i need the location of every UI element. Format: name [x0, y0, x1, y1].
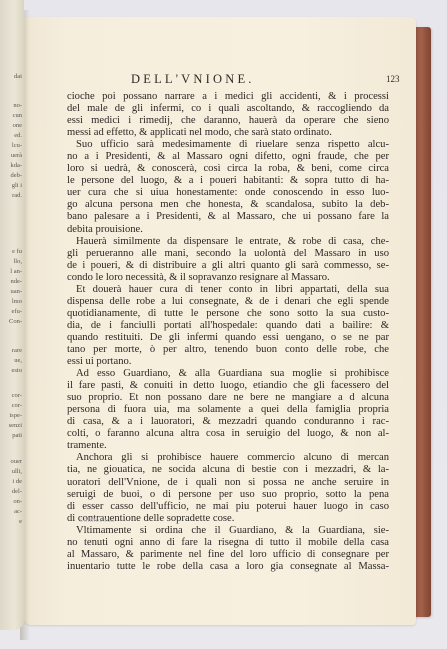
text-line: loro si uedrà, & conoscerà, così circa l…	[67, 163, 389, 175]
page-number: 123	[386, 74, 400, 84]
text-line: no a i Presidenti, & al Massaro ogni dif…	[67, 151, 389, 163]
text-line: persona di fuora uia, ma solamente a que…	[67, 404, 389, 416]
left-page-fragment: cor-	[0, 391, 22, 401]
text-line: colti, o faranno alcuna altra cosa in se…	[67, 428, 389, 440]
text-line: al Massaro, & parimente nel fine del lor…	[67, 549, 389, 561]
text-line: bano palesare a i Presidenti, & al Massa…	[67, 211, 389, 223]
left-page-fragment: ouer	[0, 457, 22, 467]
text-line: Vltimamente si ordina che il Guardiano, …	[67, 525, 389, 537]
text-line: tramente.	[67, 440, 389, 452]
text-line: condo le loro necessità, & il sopravanzo…	[67, 272, 389, 284]
left-page-fragment: esto	[0, 366, 22, 376]
text-line: essi ui portano.	[67, 356, 389, 368]
text-line: Hauerà similmente da dispensare le entra…	[67, 236, 389, 248]
left-page-fragment: lmo	[0, 297, 22, 307]
show-through-text: commenda	[80, 516, 115, 524]
text-line: messi ad effetto, & applicati nel modo, …	[67, 127, 389, 139]
left-page-fragment: deb-	[0, 171, 22, 181]
text-line: Suo ufficio sarà medesimamente di riuela…	[67, 139, 389, 151]
left-page-fragment: pati	[0, 431, 22, 441]
left-page-edge: daino-cunoneed.lcu-ueràkda-deb-gli irad.…	[0, 0, 24, 630]
text-line: dispensa delle robe a lui consegnate, & …	[67, 296, 389, 308]
left-page-fragment: cor-	[0, 401, 22, 411]
text-line: suo proprio. Et non possano dare ne bere…	[67, 392, 389, 404]
left-page-fragment: uerà	[0, 151, 22, 161]
left-page-fragment: dai	[0, 72, 22, 82]
left-page-fragment: Con-	[0, 317, 22, 327]
left-page-fragment: e	[0, 517, 22, 527]
left-page-fragment: l an-	[0, 267, 22, 277]
text-line: seruigi de buoi, o di persone per uso su…	[67, 489, 389, 501]
left-page-fragment: ed.	[0, 131, 22, 141]
left-page-fragment: rad.	[0, 191, 22, 201]
text-line: uer cura che si uiua honestamente: onde …	[67, 187, 389, 199]
running-head: DELL'VNIONE.	[131, 72, 311, 87]
left-page-fragment: i de	[0, 477, 22, 487]
left-page-fragment: on-	[0, 497, 22, 507]
left-page-fragment: gli i	[0, 181, 22, 191]
text-line: Et douerà hauer cura di tener conto in l…	[67, 284, 389, 296]
left-page-fragment: cun	[0, 111, 22, 121]
left-page-fragment: ispe-	[0, 411, 22, 421]
text-line: go alcuna persona men che honesta, & sca…	[67, 199, 389, 211]
text-line: cioche poi possano narrare a i medici gl…	[67, 91, 389, 103]
left-page-fragment: no-	[0, 101, 22, 111]
text-line: quando restituiti. De gli infermi quando…	[67, 332, 389, 344]
text-line: di casa, & a i lauoratori, & mezzadri qu…	[67, 416, 389, 428]
left-page-fragment: uan-	[0, 287, 22, 297]
left-page-fragment: nde-	[0, 277, 22, 287]
text-line: tano per morte, ò per altro, tenendo buo…	[67, 344, 389, 356]
text-line: debita prouisione.	[67, 224, 389, 236]
left-page-fragment: del-	[0, 487, 22, 497]
left-page-fragment: one	[0, 121, 22, 131]
text-line: gli perueranno alle mani, secondo la uol…	[67, 248, 389, 260]
text-line: no tenuti ogni anno di fare la risegna d…	[67, 537, 389, 549]
left-page-fragment: rare	[0, 346, 22, 356]
text-line: di esser casso dell'ufficio, ne mai piu …	[67, 501, 389, 513]
left-page-fragment: ue,	[0, 356, 22, 366]
left-page-fragment: llo,	[0, 257, 22, 267]
left-page-fragment: e fu	[0, 247, 22, 257]
text-line: inuentario tutte le robe della casa a lo…	[67, 561, 389, 573]
text-line: dia, de i fanciulli portati all'hospedal…	[67, 320, 389, 332]
text-line: quotidianamente, di tutte le persone che…	[67, 308, 389, 320]
text-line: uoratori dell'Vnione, de i quali non si …	[67, 477, 389, 489]
text-line: il fare pasti, & conuiti in detto luogo,…	[67, 380, 389, 392]
left-page-fragment: ulli,	[0, 467, 22, 477]
left-page-text-fragments: daino-cunoneed.lcu-ueràkda-deb-gli irad.…	[0, 0, 24, 630]
left-page-fragment: efu-	[0, 307, 22, 317]
left-page-fragment: senzi	[0, 421, 22, 431]
left-page-fragment: ac-	[0, 507, 22, 517]
body-text: cioche poi possano narrare a i medici gl…	[67, 91, 389, 573]
text-line: tia, ne giouatica, ne socida alcuna di b…	[67, 464, 389, 476]
text-line: de i poueri, & di distribuire a gli altr…	[67, 260, 389, 272]
text-line: Ad esso Guardiano, & alla Guardiana sua …	[67, 368, 389, 380]
text-line: Anchora gli si prohibisce hauere commerc…	[67, 452, 389, 464]
text-line: del male de gli infermi, co i quali asco…	[67, 103, 389, 115]
text-line: le persone del luogo, & a i poueri habit…	[67, 175, 389, 187]
left-page-fragment: kda-	[0, 161, 22, 171]
text-line: essi medici i rimedij, che daranno, haue…	[67, 115, 389, 127]
left-page-fragment: lcu-	[0, 141, 22, 151]
text-line: di contrauentione delle sopradette cose.	[67, 513, 389, 525]
